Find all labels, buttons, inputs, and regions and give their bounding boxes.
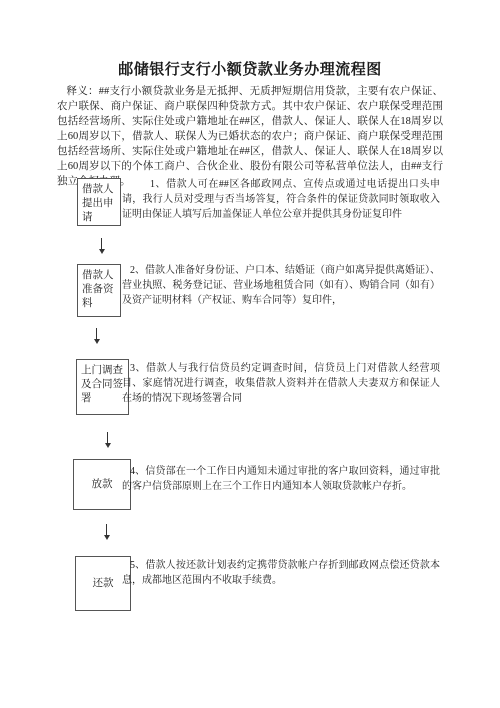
down-arrow-icon: [93, 328, 100, 344]
step-description-2: 2、借款人准备好身份证、户口本、结婚证（商户如离异提供离婚证）、营业执照、税务登…: [122, 263, 440, 308]
page-title: 邮储银行支行小额贷款业务办理流程图: [0, 58, 500, 79]
flow-box-prepare-materials: 借款人准备资料: [77, 264, 121, 317]
step-description-4: 4、信贷部在一个工作日内通知未通过审批的客户取回资料，通过审批的客户信贷部原则上…: [122, 464, 440, 494]
flow-box-apply: 借款人提出申请: [77, 178, 121, 226]
step-description-3: 3、借款人与我行信贷员约定调查时间，信贷员上门对借款人经营项目、家庭情况进行调查…: [122, 361, 440, 406]
down-arrow-icon: [103, 524, 110, 540]
intro-paragraph: 释义：##支行小额贷款业务是无抵押、无质押短期信用贷款，主要有农户保证、农户联保…: [57, 84, 443, 189]
step-description-1: 1、借款人可在##区各邮政网点、宣传点或通过电话提出口头申请，我行人员对受理与否…: [122, 177, 440, 222]
down-arrow-icon: [98, 238, 105, 254]
down-arrow-icon: [104, 432, 111, 448]
document-page: 邮储银行支行小额贷款业务办理流程图 释义：##支行小额贷款业务是无抵押、无质押短…: [0, 0, 500, 708]
step-description-5: 5、借款人按还款计划表约定携带贷款帐户存折到邮政网点偿还贷款本息，成都地区范围内…: [122, 558, 440, 588]
